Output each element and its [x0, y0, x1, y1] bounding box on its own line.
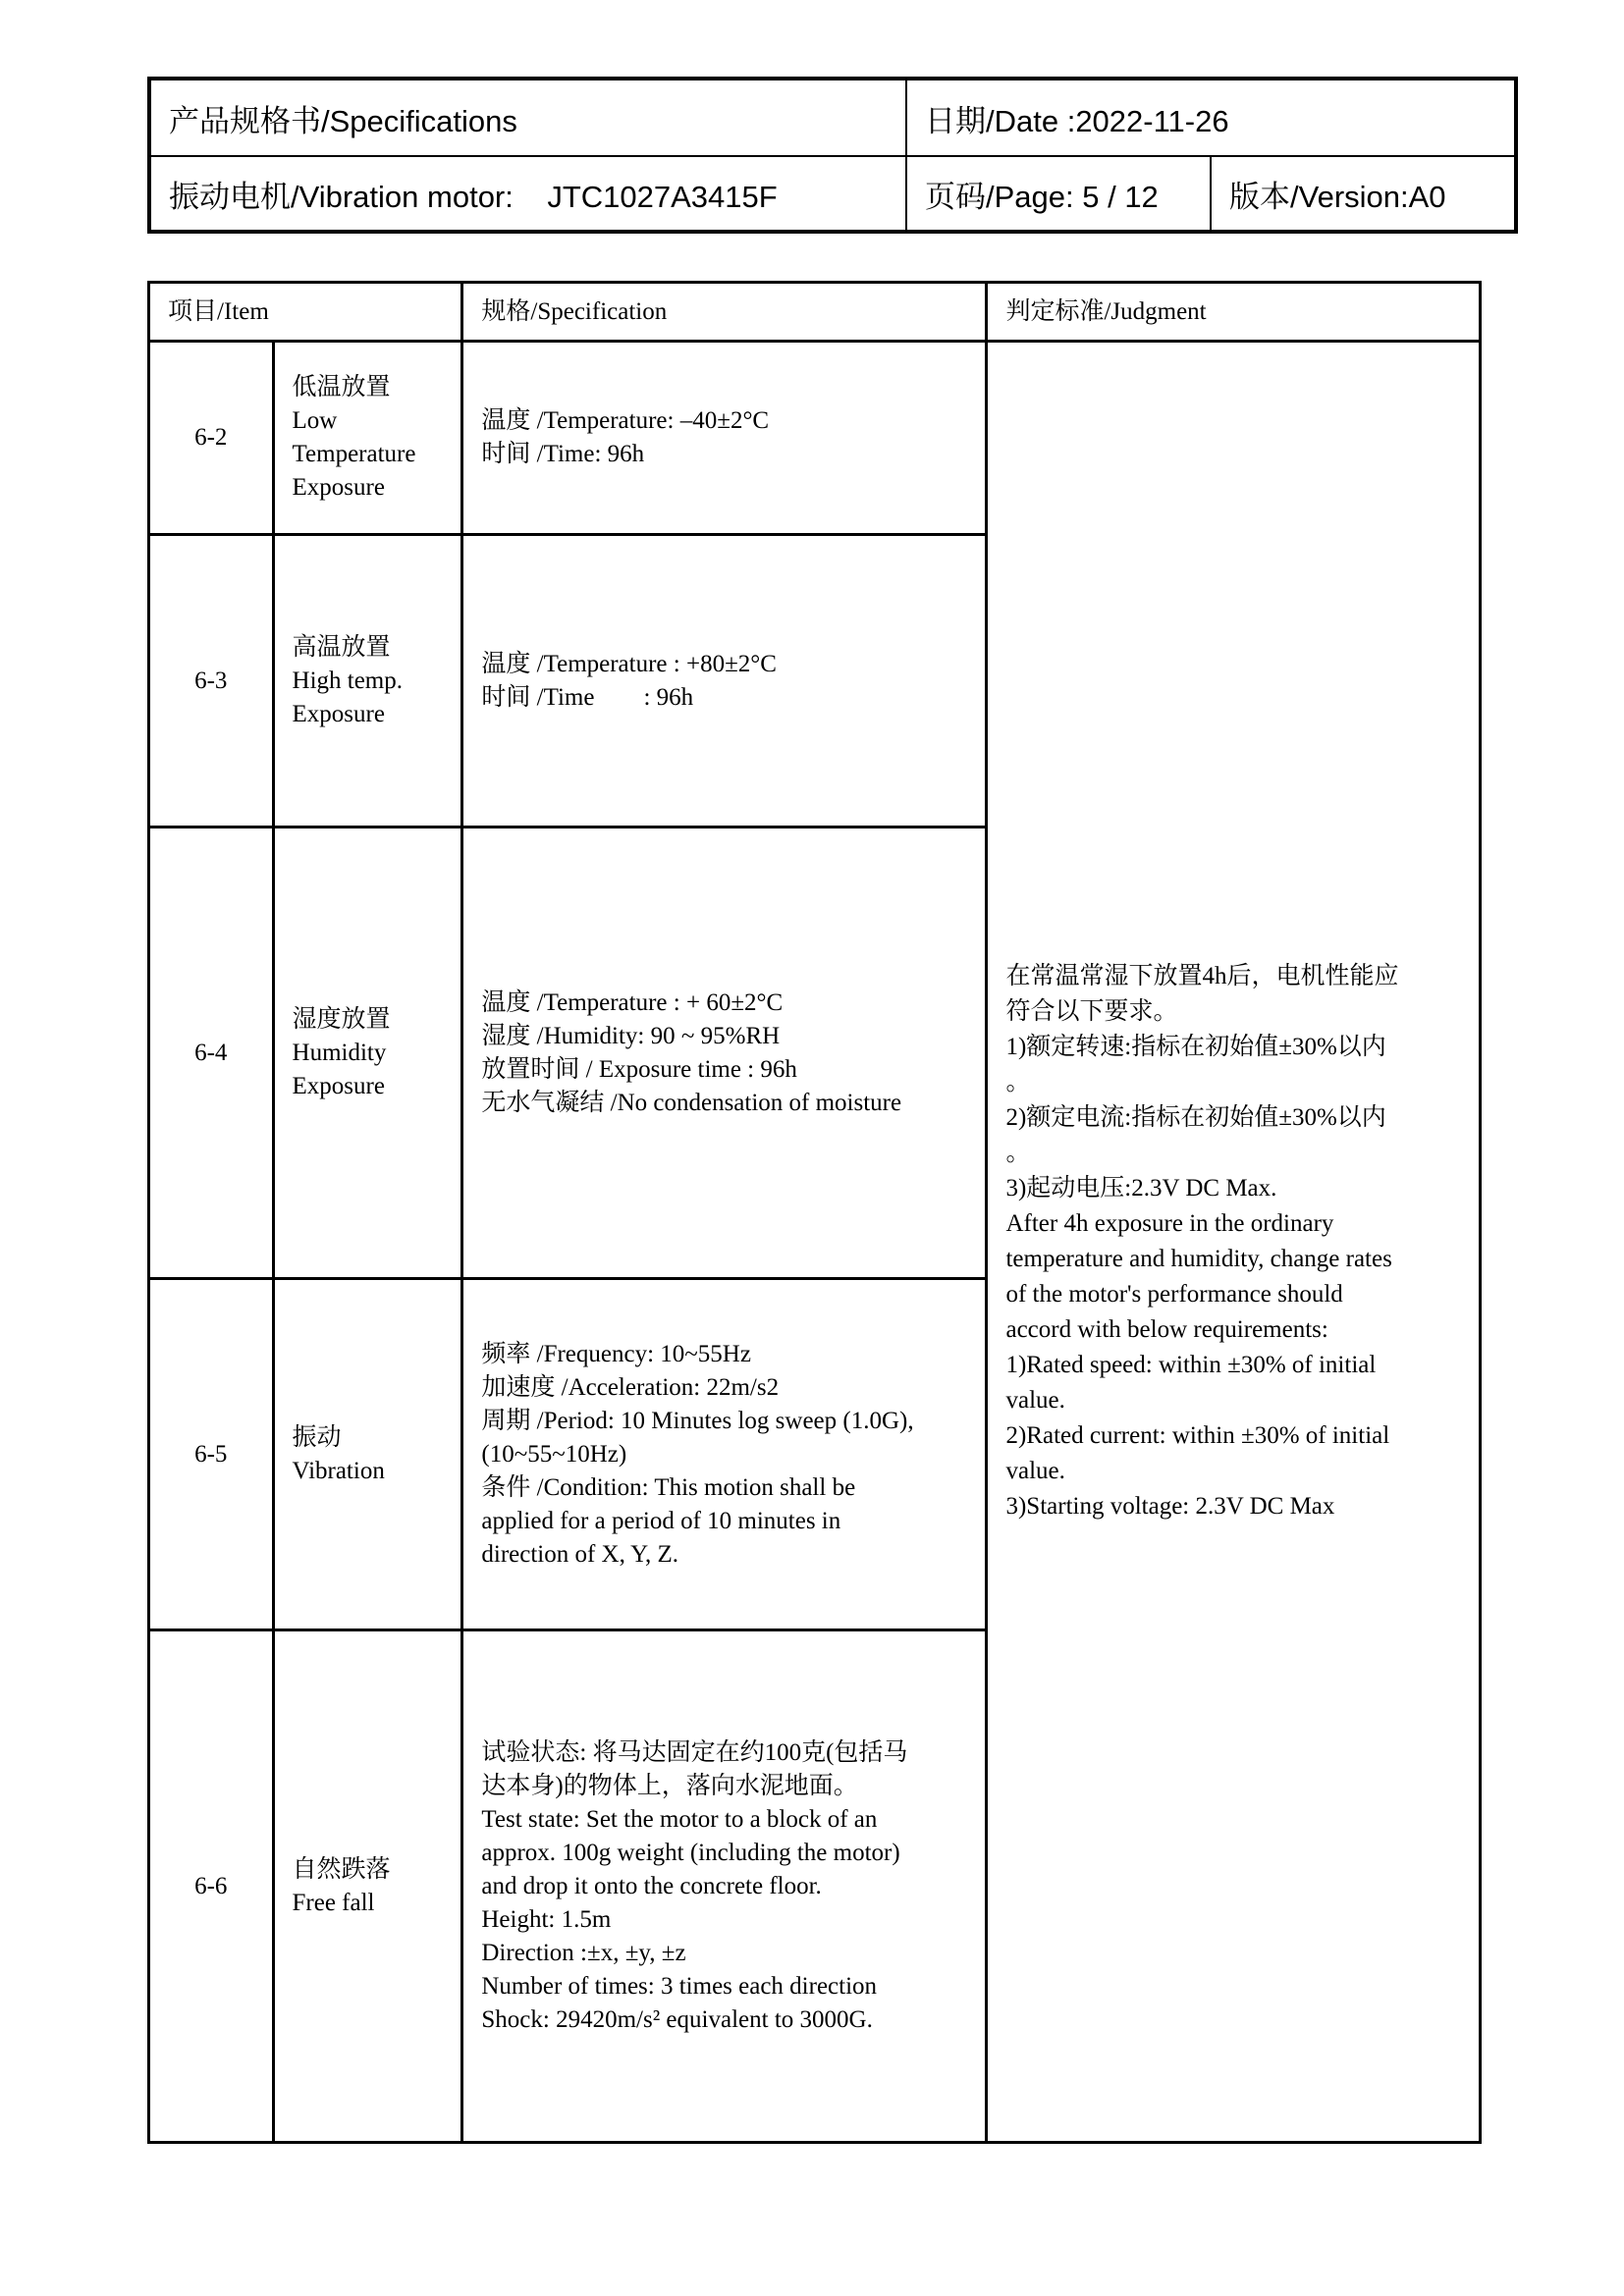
page-number: 页码/Page: 5 / 12 — [907, 157, 1210, 230]
item-name: 低温放置LowTemperatureExposure — [273, 342, 462, 535]
item-id: 6-4 — [149, 828, 274, 1279]
col-header-judgment: 判定标准/Judgment — [987, 283, 1481, 342]
item-name: 湿度放置HumidityExposure — [273, 828, 462, 1279]
item-name: 自然跌落Free fall — [273, 1630, 462, 2143]
item-spec: 频率 /Frequency: 10~55Hz加速度 /Acceleration:… — [462, 1279, 987, 1630]
judgment-cell: 在常温常湿下放置4h后，电机性能应符合以下要求。1)额定转速:指标在初始值±30… — [987, 342, 1481, 2143]
doc-version: 版本/Version:A0 — [1212, 157, 1514, 230]
table-header: 项目/Item 规格/Specification 判定标准/Judgment — [149, 283, 1481, 342]
doc-date: 日期/Date :2022-11-26 — [907, 80, 1514, 155]
item-id: 6-6 — [149, 1630, 274, 2143]
spec-table: 项目/Item 规格/Specification 判定标准/Judgment 6… — [147, 281, 1482, 2144]
document-header: 产品规格书/Specifications 日期/Date :2022-11-26… — [147, 77, 1518, 234]
item-spec: 温度 /Temperature : +80±2°C时间 /Time : 96h — [462, 535, 987, 828]
table-row: 6-2 低温放置LowTemperatureExposure 温度 /Tempe… — [149, 342, 1481, 535]
product-model: 振动电机/Vibration motor: JTC1027A3415F — [151, 157, 905, 230]
item-spec: 温度 /Temperature : + 60±2°C湿度 /Humidity: … — [462, 828, 987, 1279]
item-id: 6-5 — [149, 1279, 274, 1630]
item-name: 高温放置High temp.Exposure — [273, 535, 462, 828]
item-spec: 试验状态: 将马达固定在约100克(包括马达本身)的物体上，落向水泥地面。Tes… — [462, 1630, 987, 2143]
item-id: 6-2 — [149, 342, 274, 535]
item-name: 振动Vibration — [273, 1279, 462, 1630]
item-id: 6-3 — [149, 535, 274, 828]
doc-title: 产品规格书/Specifications — [151, 80, 905, 155]
item-spec: 温度 /Temperature: –40±2°C时间 /Time: 96h — [462, 342, 987, 535]
col-header-item: 项目/Item — [149, 283, 462, 342]
col-header-spec: 规格/Specification — [462, 283, 987, 342]
